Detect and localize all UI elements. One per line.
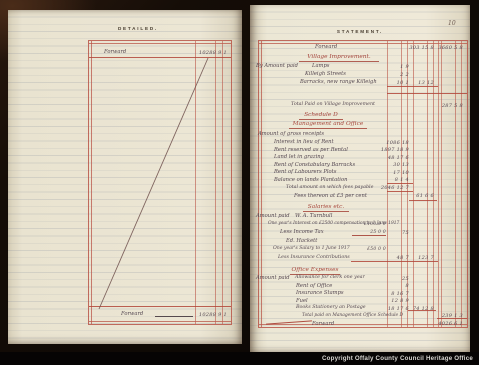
- ledger-right-page: STATEMENT. 10 Forward303 15 83660 5 8Vil…: [250, 5, 470, 353]
- ledger-row: Amount paidW. A. Turnbull: [250, 213, 470, 221]
- copyright-text: Copyright Offaly County Council Heritage…: [322, 355, 473, 362]
- row-prefix: Amount paid: [256, 213, 290, 219]
- amount-cell: 4026 6 1: [436, 321, 463, 327]
- ledger-row: One year's Interest on £2500 compensatio…: [250, 221, 470, 229]
- ledger-row: Forward10288 9 1: [89, 49, 231, 57]
- entry-text: Lamps: [312, 63, 329, 69]
- ledger-row: Total Paid on Village Improvement287 5 8: [250, 102, 470, 110]
- amount-cell: 61 6 6: [406, 193, 434, 199]
- left-page-header: DETAILED.: [88, 26, 188, 31]
- double-rule-top: [89, 43, 231, 44]
- entry-text: Village Improvement.: [299, 54, 379, 62]
- ledger-row: Less Income Tax25 0 075: [250, 229, 470, 237]
- amount-cell: 303 15 8: [406, 45, 434, 51]
- entry-text: Less Insurance Contributions: [278, 255, 350, 260]
- entry-text: Insurance Stamps: [296, 290, 344, 296]
- entry-text: Management and Office: [289, 121, 367, 129]
- entry-text: Rent of Constabulary Barracks: [274, 162, 355, 168]
- amount-cell: 2046 12 7: [378, 185, 409, 191]
- row-prefix: By Amount paid: [256, 63, 298, 69]
- entry-text: Ed. Hackett: [286, 238, 317, 244]
- amount-cell: 123 7: [406, 255, 434, 261]
- entry-text: One year's Salary to 1 June 1917: [273, 246, 350, 251]
- amount-cell: 48 7: [378, 255, 409, 261]
- ledger-heading-row: Management and Office: [250, 121, 470, 129]
- amount-cell: 18 17 6: [378, 306, 409, 312]
- amount-cell: 1 9: [378, 64, 409, 70]
- amount-cell: 74 12 8: [406, 306, 434, 312]
- amount-cell: 287 5 8: [436, 103, 463, 109]
- amount-cell: 1897 18 9: [378, 147, 409, 153]
- money-column-line: [215, 41, 216, 324]
- entry-text: Forward: [315, 44, 337, 50]
- copyright-bar: Copyright Offaly County Council Heritage…: [0, 352, 479, 365]
- entry-text: W. A. Turnbull: [295, 213, 332, 219]
- entry-text: Forward: [121, 311, 143, 317]
- entry-text: Rent reserved as per Rental: [274, 147, 348, 153]
- amount-cell: 75: [378, 230, 409, 236]
- entry-text: Total Paid on Village Improvement: [291, 102, 375, 107]
- ledger-row: Amount of gross receipts: [250, 131, 470, 139]
- amount-cell: 12 8 9: [378, 298, 409, 304]
- ledger-row: Barracks, new range Killeigh10 113 12: [250, 79, 470, 87]
- row-prefix: Amount paid: [256, 275, 290, 281]
- ledger-row: Total amount on which fees payable2046 1…: [250, 185, 470, 193]
- sum-rule: [387, 93, 467, 94]
- amount-cell: 10288 9 1: [187, 312, 227, 318]
- amount-cell: 8 16 7: [378, 291, 409, 297]
- amount-cell: 30 13: [378, 162, 409, 168]
- ledger-row: Balance on lands Plantation8 1 4: [250, 177, 470, 185]
- amount-cell: 10 1: [378, 80, 409, 86]
- entry-text: Amount of gross receipts: [258, 131, 324, 137]
- ledger-heading-row: Schedule D: [250, 112, 470, 120]
- money-column-line: [222, 41, 223, 324]
- entry-text: Barracks, new range Killeigh: [300, 79, 377, 85]
- entry-text: Books Stationery an Postage: [296, 305, 366, 310]
- entry-text: Fees thereon at £3 per cent: [294, 193, 367, 199]
- entry-text: Total paid on Management Office Schedule…: [302, 313, 403, 318]
- note-cell: £50 0 0: [352, 247, 386, 252]
- amount-cell: 8: [378, 283, 409, 289]
- ledger-row: Fees thereon at £3 per cent61 6 6: [250, 193, 470, 201]
- ledger-left-page: DETAILED. Forward10288 9 1Forward10288 9…: [8, 10, 242, 344]
- entry-text: Balance on lands Plantation: [274, 177, 347, 183]
- entry-text: Forward: [312, 321, 334, 327]
- page-number: 10: [448, 20, 456, 27]
- cancellation-line: [89, 41, 231, 324]
- amount-cell: 48 17 6: [378, 155, 409, 161]
- ledger-row: Killeigh Streets2 2: [250, 71, 470, 79]
- entry-text: Schedule D: [299, 112, 343, 120]
- amount-cell: 3660 5 8: [436, 45, 463, 51]
- note-cell: £100 0 0: [352, 222, 386, 227]
- ledger-heading-row: Office Expenses: [250, 267, 470, 275]
- entry-text: Land let in grazing: [274, 154, 324, 160]
- entry-text: Total amount on which fees payable: [286, 185, 373, 190]
- amount-cell: 2 2: [378, 72, 409, 78]
- left-ledger-table: Forward10288 9 1Forward10288 9 1: [88, 40, 232, 325]
- amount-cell: 8 1 4: [378, 177, 409, 183]
- amount-cell: 25: [378, 276, 409, 282]
- ledger-row: Ed. Hackett: [250, 238, 470, 246]
- amount-cell: 17 10: [378, 170, 409, 176]
- ledger-row: Forward303 15 83660 5 8: [250, 44, 470, 52]
- entry-text: Killeigh Streets: [305, 71, 346, 77]
- ledger-row: Forward10288 9 1: [89, 311, 231, 319]
- double-rule-bottom: [89, 321, 231, 322]
- entry-text: Rent of Labourers Plots: [274, 169, 336, 175]
- entry-text: Interest in lieu of Rent: [274, 139, 334, 145]
- scanned-ledger-photo: DETAILED. Forward10288 9 1Forward10288 9…: [0, 0, 479, 365]
- double-rule-left: [91, 41, 92, 324]
- money-column-line: [195, 41, 196, 324]
- ledger-row: One year's Salary to 1 June 1917£50 0 0: [250, 246, 470, 254]
- entry-text: Rent of Office: [296, 283, 332, 289]
- amount-cell: 13 12: [406, 80, 434, 86]
- entry-text: Less Income Tax: [280, 229, 324, 235]
- entry-text: Salaries etc.: [303, 204, 349, 212]
- ledger-heading-row: Village Improvement.: [250, 54, 470, 62]
- entry-text: Fuel: [296, 298, 308, 304]
- ledger-row: By Amount paidLamps1 9: [250, 63, 470, 71]
- right-page-header: STATEMENT.: [290, 29, 430, 34]
- amount-cell: 10288 9 1: [187, 50, 227, 56]
- entry-text: Office Expenses: [290, 267, 340, 275]
- amount-cell: 1086 18: [378, 140, 409, 146]
- row-rule: [89, 306, 231, 307]
- entry-text: Allowance for clerk one year: [295, 275, 365, 280]
- ledger-heading-row: Salaries etc.: [250, 204, 470, 212]
- row-rule: [89, 57, 231, 58]
- entry-text: Forward: [104, 49, 126, 55]
- ledger-row: Less Insurance Contributions48 7123 7: [250, 255, 470, 263]
- amount-cell: 239 1 3: [436, 313, 463, 319]
- ledger-row: Total paid on Management Office Schedule…: [250, 313, 470, 321]
